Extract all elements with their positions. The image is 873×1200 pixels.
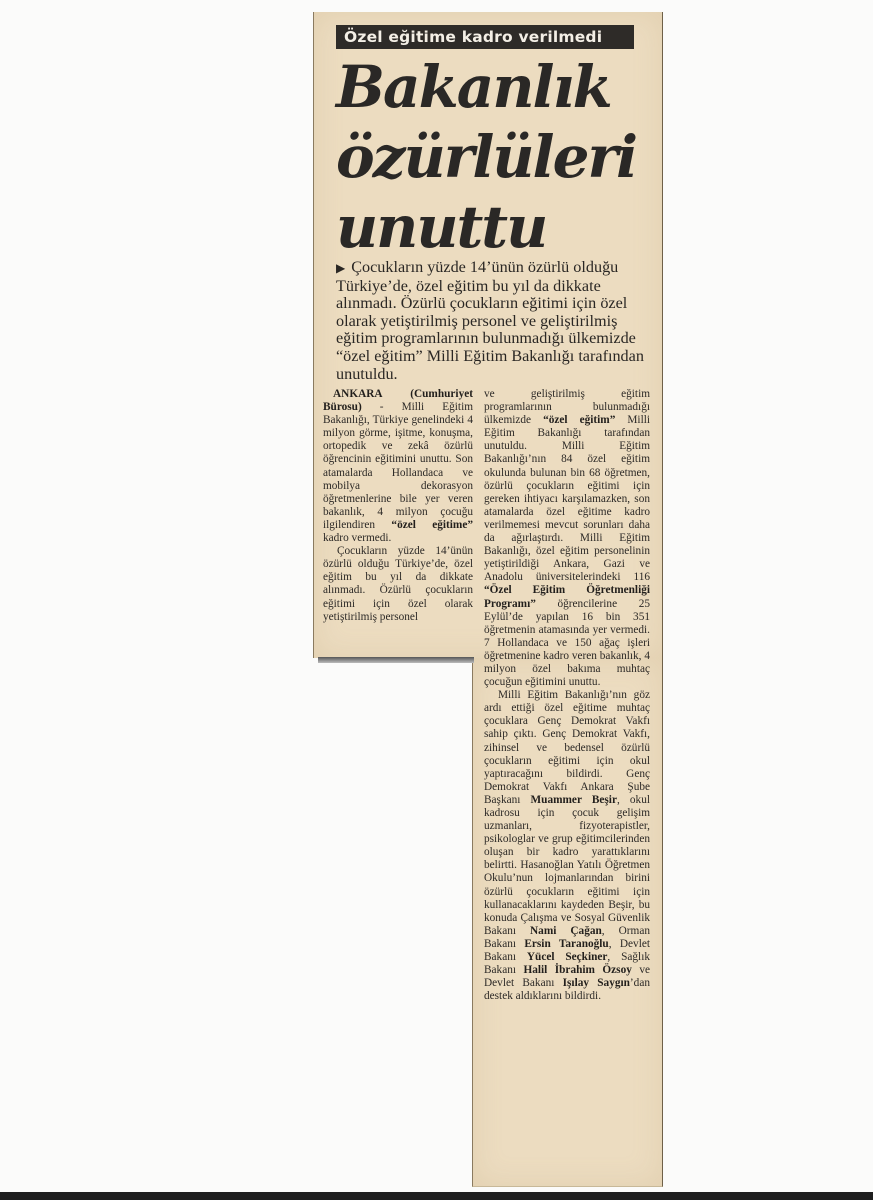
column-paragraph: ANKARA (Cumhuriyet Bürosu) - Milli Eğiti… — [323, 388, 473, 545]
column-paragraph: Milli Eğitim Bakanlığı’nın göz ardı etti… — [484, 689, 650, 1003]
column-paragraph: ve geliştirilmiş eğitim programlarının b… — [484, 388, 650, 689]
triangle-bullet-icon: ▶ — [336, 261, 345, 275]
lead-text: Çocukların yüzde 14’ünün özürlü olduğu T… — [336, 258, 644, 383]
kicker-banner: Özel eğitime kadro verilmedi — [336, 25, 634, 49]
person-name: Muammer Beşir — [531, 794, 617, 806]
person-name: Nami Çağan — [530, 925, 602, 937]
article-column-left: ANKARA (Cumhuriyet Bürosu) - Milli Eğiti… — [323, 388, 473, 624]
headline-line-3: unuttu — [336, 192, 656, 262]
lead-paragraph: ▶Çocukların yüzde 14’ünün özürlü olduğu … — [336, 259, 656, 383]
headline-line-1: Bakanlık — [336, 52, 656, 122]
person-name: Işılay Saygın — [563, 977, 630, 989]
person-name: Halil İbrahim Özsoy — [523, 964, 631, 976]
scanner-edge-strip — [0, 1192, 873, 1200]
person-name: Yücel Seçkiner — [527, 951, 608, 963]
headline: Bakanlık özürlüleri unuttu — [336, 52, 656, 262]
clipping-cut-shadow — [318, 657, 474, 663]
column-paragraph: Çocukların yüzde 14’ünün özürlü olduğu T… — [323, 545, 473, 624]
article-column-right: ve geliştirilmiş eğitim programlarının b… — [484, 388, 650, 1003]
headline-line-2: özürlüleri — [336, 122, 656, 192]
person-name: Ersin Taranoğlu — [524, 938, 608, 950]
